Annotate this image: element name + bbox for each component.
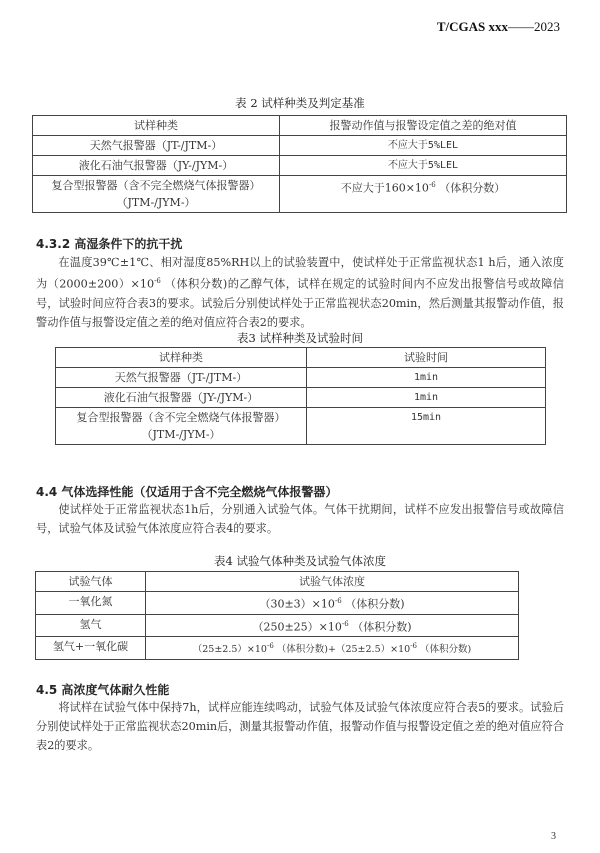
standard-code: T/CGAS xxx — [437, 19, 508, 34]
table-header-cell: 试验时间 — [307, 348, 546, 368]
table-cell: （250±25）×10-6 （体积分数) — [146, 614, 519, 637]
superscript: -6 — [154, 277, 161, 285]
table-row: 天然气报警器（JT-/JTM-） 不应大于5%LEL — [33, 136, 567, 156]
table-cell: 不应大于160×10-6 （体积分数） — [280, 176, 567, 213]
cell-text: （体积分数) — [349, 620, 412, 633]
table-header-row: 试验气体 试验气体浓度 — [36, 572, 519, 592]
table-row: 一氧化氮 （30±3）×10-6 （体积分数) — [36, 592, 519, 615]
section-paragraph-4-4: 使试样处于正常监视状态1h后，分别通入试验气体。气体干扰期间，试样不应发出报警信… — [36, 500, 564, 538]
superscript: -6 — [429, 181, 436, 189]
table2: 试样种类 报警动作值与报警设定值之差的绝对值 天然气报警器（JT-/JTM-） … — [32, 115, 567, 213]
table-row: 液化石油气报警器（JY-/JYM-） 1min — [56, 388, 546, 408]
table-cell: 一氧化氮 — [36, 592, 146, 615]
table-cell: 天然气报警器（JT-/JTM-） — [33, 136, 280, 156]
superscript: -6 — [335, 597, 342, 605]
cell-line: （JTM-/JYM-） — [60, 426, 302, 443]
page-number: 3 — [551, 831, 556, 842]
cell-text: （体积分数) — [417, 644, 471, 655]
table4: 试验气体 试验气体浓度 一氧化氮 （30±3）×10-6 （体积分数) 氢气 （… — [35, 571, 519, 660]
table3: 试样种类 试验时间 天然气报警器（JT-/JTM-） 1min 液化石油气报警器… — [55, 347, 546, 445]
table-cell: 1min — [307, 368, 546, 388]
standard-code-header: T/CGAS xxx——2023 — [437, 19, 560, 35]
superscript: -6 — [342, 620, 349, 628]
table-header-row: 试样种类 试验时间 — [56, 348, 546, 368]
table-cell: 复合型报警器（含不完全燃烧气体报警器） （JTM-/JYM-） — [33, 176, 280, 213]
section-paragraph-4-5: 将试样在试验气体中保持7h，试样应能连续鸣动，试验气体及试验气体浓度应符合表5的… — [36, 698, 564, 755]
table-header-cell: 试验气体 — [36, 572, 146, 592]
section-heading-4-3-2: 4.3.2 高湿条件下的抗干扰 — [36, 235, 182, 252]
cell-text: 不应大于160×10 — [341, 182, 429, 195]
table-header-cell: 报警动作值与报警设定值之差的绝对值 — [280, 116, 567, 136]
table-cell: 复合型报警器（含不完全燃烧气体报警器） （JTM-/JYM-） — [56, 408, 307, 445]
table2-caption: 表 2 试样种类及判定基准 — [0, 95, 600, 111]
table-row: 复合型报警器（含不完全燃烧气体报警器） （JTM-/JYM-） 15min — [56, 408, 546, 445]
table-header-cell: 试样种类 — [33, 116, 280, 136]
cell-text: （体积分数) — [342, 598, 405, 611]
table-cell: 15min — [307, 408, 546, 445]
table-cell: （30±3）×10-6 （体积分数) — [146, 592, 519, 615]
superscript: -6 — [267, 642, 274, 650]
cell-text: （体积分数)+（25±2.5）×10 — [274, 644, 410, 655]
section-heading-4-4: 4.4 气体选择性能（仅适用于含不完全燃烧气体报警器） — [36, 483, 337, 500]
table4-caption: 表4 试验气体种类及试验气体浓度 — [0, 553, 600, 569]
table-cell: 天然气报警器（JT-/JTM-） — [56, 368, 307, 388]
cell-line: 复合型报警器（含不完全燃烧气体报警器） — [37, 177, 275, 194]
cell-text: （25±2.5）×10 — [193, 644, 267, 655]
table-cell: 不应大于5%LEL — [280, 156, 567, 176]
standard-separator: —— — [508, 19, 534, 34]
standard-year: 2023 — [534, 19, 560, 34]
section-paragraph-4-3-2: 在温度39℃±1℃、相对湿度85%RH以上的试验装置中，使试样处于正常监视状态1… — [36, 253, 564, 332]
table-header-row: 试样种类 报警动作值与报警设定值之差的绝对值 — [33, 116, 567, 136]
table-cell: 液化石油气报警器（JY-/JYM-） — [56, 388, 307, 408]
table-row: 天然气报警器（JT-/JTM-） 1min — [56, 368, 546, 388]
cell-line: （JTM-/JYM-） — [37, 194, 275, 211]
table-row: 液化石油气报警器（JY-/JYM-） 不应大于5%LEL — [33, 156, 567, 176]
section-heading-4-5: 4.5 高浓度气体耐久性能 — [36, 681, 169, 698]
cell-line: 复合型报警器（含不完全燃烧气体报警器） — [60, 409, 302, 426]
cell-text: （250±25）×10 — [252, 620, 341, 633]
cell-text: （30±3）×10 — [259, 598, 334, 611]
table-cell: 氢气+一氧化碳 — [36, 637, 146, 660]
table-cell: （25±2.5）×10-6 （体积分数)+（25±2.5）×10-6 （体积分数… — [146, 637, 519, 660]
table3-caption: 表3 试样种类及试验时间 — [0, 330, 600, 346]
table-cell: 液化石油气报警器（JY-/JYM-） — [33, 156, 280, 176]
table-header-cell: 试验气体浓度 — [146, 572, 519, 592]
table-row: 氢气+一氧化碳 （25±2.5）×10-6 （体积分数)+（25±2.5）×10… — [36, 637, 519, 660]
table-row: 复合型报警器（含不完全燃烧气体报警器） （JTM-/JYM-） 不应大于160×… — [33, 176, 567, 213]
cell-text: （体积分数） — [436, 182, 506, 195]
table-cell: 不应大于5%LEL — [280, 136, 567, 156]
table-row: 氢气 （250±25）×10-6 （体积分数) — [36, 614, 519, 637]
superscript: -6 — [410, 642, 417, 650]
table-header-cell: 试样种类 — [56, 348, 307, 368]
table-cell: 氢气 — [36, 614, 146, 637]
table-cell: 1min — [307, 388, 546, 408]
